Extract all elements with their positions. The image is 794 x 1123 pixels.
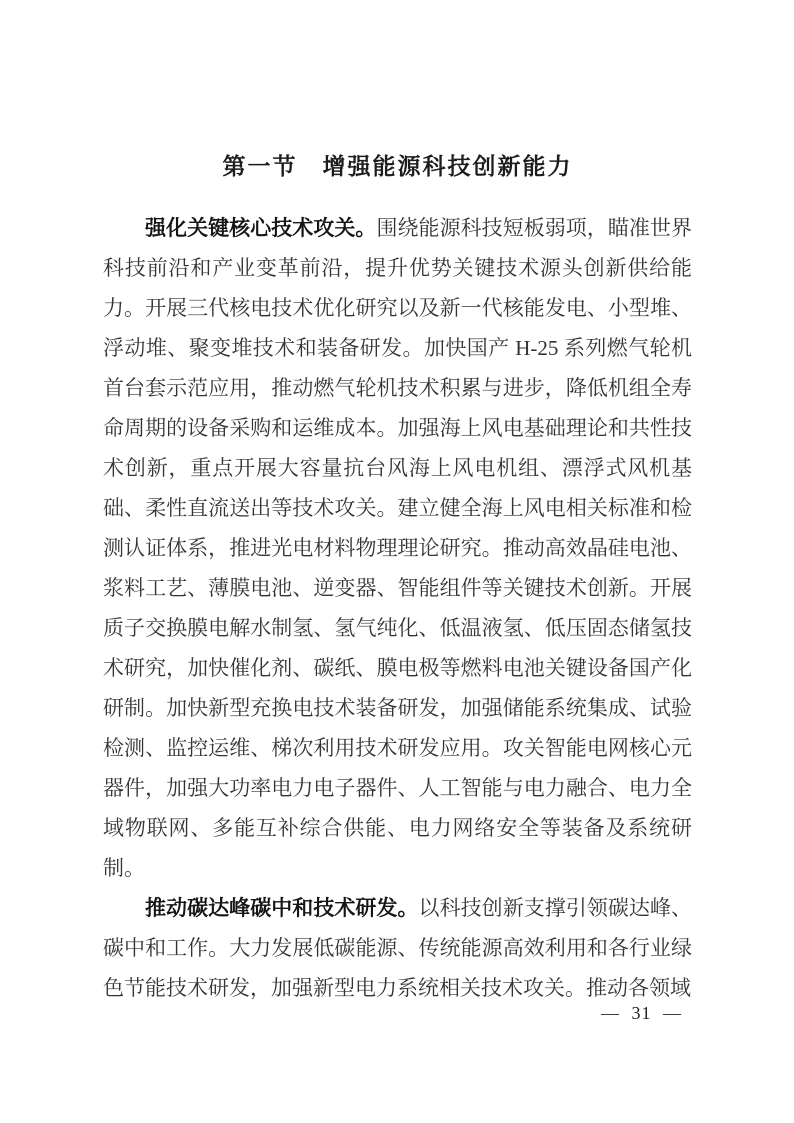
page-content: 第一节 增强能源科技创新能力 强化关键核心技术攻关。围绕能源科技短板弱项，瞄准世… <box>103 0 692 1008</box>
paragraph-lead: 推动碳达峰碳中和技术研发。 <box>145 896 419 920</box>
paragraph-body: 围绕能源科技短板弱项，瞄准世界科技前沿和产业变革前沿，提升优势关键技术源头创新供… <box>103 216 692 880</box>
page-number: — 31 — <box>601 1002 682 1024</box>
paragraph: 强化关键核心技术攻关。围绕能源科技短板弱项，瞄准世界科技前沿和产业变革前沿，提升… <box>103 208 692 888</box>
document-page: 第一节 增强能源科技创新能力 强化关键核心技术攻关。围绕能源科技短板弱项，瞄准世… <box>0 0 794 1123</box>
paragraph: 推动碳达峰碳中和技术研发。以科技创新支撑引领碳达峰、碳中和工作。大力发展低碳能源… <box>103 888 692 1008</box>
paragraph-lead: 强化关键核心技术攻关。 <box>145 216 376 240</box>
section-title: 第一节 增强能源科技创新能力 <box>103 0 692 182</box>
